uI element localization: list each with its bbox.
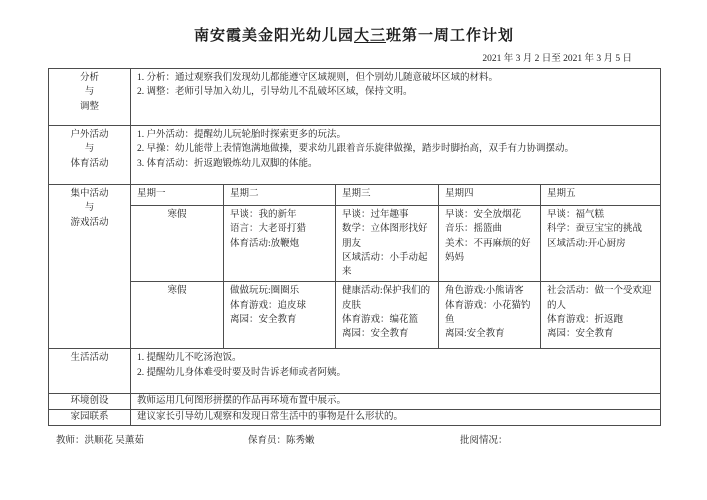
outdoor-content: 1. 户外活动：提醒幼儿玩轮胎时探索更多的玩法。 2. 早操：幼儿能带上表情饱满… [131, 126, 661, 185]
row-afternoon-activities: 寒假 做做玩玩:圈圈乐 体育游戏：追皮球 离园：安全教育 健康活动:保护我们的皮… [49, 282, 661, 349]
afternoon-monday-cell: 寒假 [131, 282, 224, 349]
row-label-analysis: 分析 与 调整 [49, 69, 131, 126]
row-life-activities: 生活活动 1. 提醒幼儿不吃汤泡饭。 2. 提醒幼儿身体难受时要及时告诉老师或者… [49, 349, 661, 394]
day-header-thursday: 星期四 [439, 185, 541, 206]
day-header-monday: 星期一 [131, 185, 224, 206]
review-status-label: 批阅情况： [460, 432, 660, 446]
date-range: 2021 年 3 月 2 日至 2021 年 3 月 5 日 [48, 50, 660, 64]
caregiver-name: 保育员：陈秀嫩 [248, 432, 460, 446]
row-home-contact: 家园联系 建议家长引导幼儿观察和发现日常生活中的事物是什么形状的。 [49, 410, 661, 426]
title-prefix: 南安霞美金阳光幼儿园 [194, 28, 354, 44]
title-suffix: 班第一周工作计划 [386, 28, 514, 44]
page-title: 南安霞美金阳光幼儿园大三班第一周工作计划 [48, 24, 660, 45]
signature-footer: 教师：洪顺花 吴薰茹 保育员：陈秀嫩 批阅情况： [48, 432, 660, 446]
row-label-life: 生活活动 [49, 349, 131, 394]
title-class-underlined: 大三 [354, 28, 386, 44]
row-label-environment: 环境创设 [49, 394, 131, 410]
afternoon-thursday-cell: 角色游戏:小熊请客 体育游戏：小花猫钓鱼 离园:安全教育 [439, 282, 541, 349]
morning-wednesday-cell: 早谈：过年趣事 数学：立体图形找好朋友 区域活动：小手动起来 [336, 206, 439, 282]
morning-tuesday-cell: 早谈：我的新年 语言：大老哥打猎 体育活动:放鞭炮 [224, 206, 336, 282]
document-page: 南安霞美金阳光幼儿园大三班第一周工作计划 2021 年 3 月 2 日至 202… [0, 0, 707, 500]
day-header-wednesday: 星期三 [336, 185, 439, 206]
afternoon-friday-cell: 社会活动：做一个受欢迎的人 体育游戏：折返跑 离园：安全教育 [541, 282, 661, 349]
row-label-weekly: 集中活动 与 游戏活动 [49, 185, 131, 349]
afternoon-wednesday-cell: 健康活动:保护我们的皮肤 体育游戏：编花篮 离园：安全教育 [336, 282, 439, 349]
morning-friday-cell: 早谈：福气糕 科学：蚕豆宝宝的挑战 区域活动:开心厨房 [541, 206, 661, 282]
afternoon-tuesday-cell: 做做玩玩:圈圈乐 体育游戏：追皮球 离园：安全教育 [224, 282, 336, 349]
day-header-tuesday: 星期二 [224, 185, 336, 206]
environment-content: 教师运用几何图形拼摆的作品再环境布置中展示。 [131, 394, 661, 410]
row-environment: 环境创设 教师运用几何图形拼摆的作品再环境布置中展示。 [49, 394, 661, 410]
row-morning-activities: 寒假 早谈：我的新年 语言：大老哥打猎 体育活动:放鞭炮 早谈：过年趣事 数学：… [49, 206, 661, 282]
morning-monday-cell: 寒假 [131, 206, 224, 282]
row-day-headers: 集中活动 与 游戏活动 星期一 星期二 星期三 星期四 星期五 [49, 185, 661, 206]
morning-thursday-cell: 早谈：安全放烟花 音乐：摇篮曲 美术：不再麻烦的好妈妈 [439, 206, 541, 282]
row-analysis: 分析 与 调整 1. 分析：通过观察我们发现幼儿都能遵守区域规则，但个别幼儿随意… [49, 69, 661, 126]
day-header-friday: 星期五 [541, 185, 661, 206]
life-content: 1. 提醒幼儿不吃汤泡饭。 2. 提醒幼儿身体难受时要及时告诉老师或者阿姨。 [131, 349, 661, 394]
weekly-plan-table: 分析 与 调整 1. 分析：通过观察我们发现幼儿都能遵守区域规则，但个别幼儿随意… [48, 68, 661, 426]
home-contact-content: 建议家长引导幼儿观察和发现日常生活中的事物是什么形状的。 [131, 410, 661, 426]
row-outdoor: 户外活动 与 体育活动 1. 户外活动：提醒幼儿玩轮胎时探索更多的玩法。 2. … [49, 126, 661, 185]
row-label-home-contact: 家园联系 [49, 410, 131, 426]
row-label-outdoor: 户外活动 与 体育活动 [49, 126, 131, 185]
analysis-content: 1. 分析：通过观察我们发现幼儿都能遵守区域规则，但个别幼儿随意破坏区域的材料。… [131, 69, 661, 126]
teacher-names: 教师：洪顺花 吴薰茹 [56, 432, 248, 446]
